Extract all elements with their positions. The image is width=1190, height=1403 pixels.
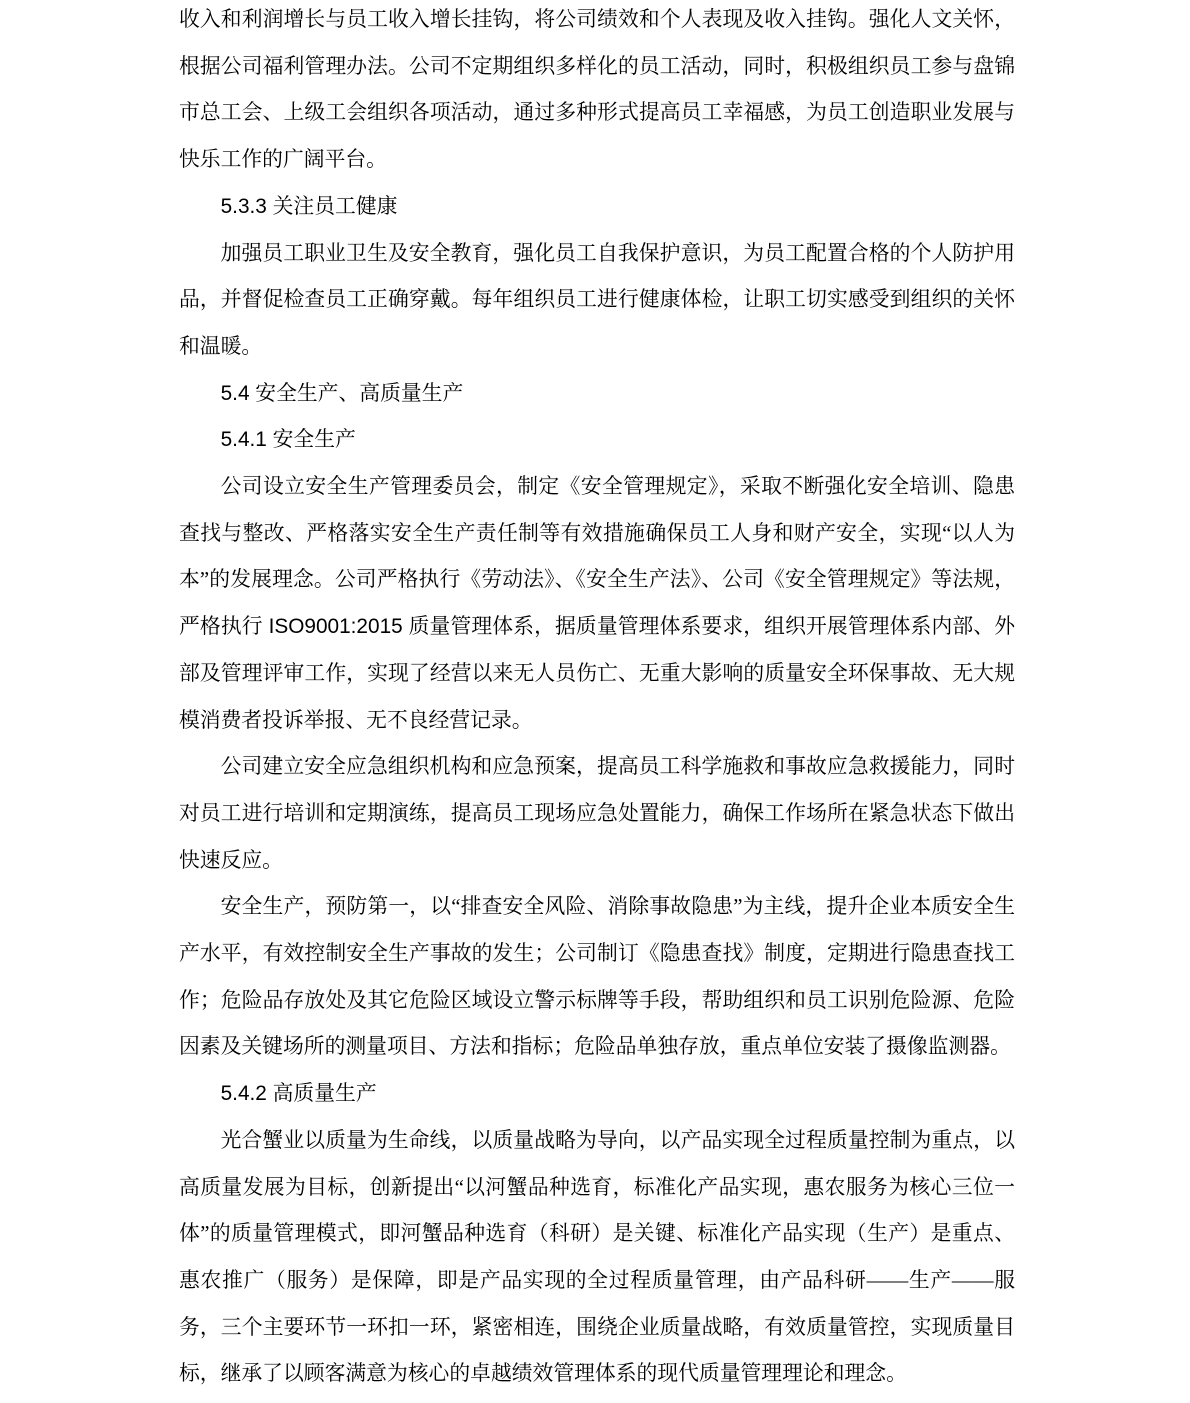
latin-text: 5.4.2	[221, 1082, 273, 1105]
body-paragraph: 公司设立安全生产管理委员会，制定《安全管理规定》，采取不断强化安全培训、隐患查找…	[179, 464, 1015, 744]
body-paragraph: 光合蟹业以质量为生命线，以质量战略为导向，以产品实现全过程质量控制为重点，以高质…	[179, 1118, 1015, 1398]
body-paragraph: 安全生产，预防第一，以“排查安全风险、消除事故隐患”为主线，提升企业本质安全生产…	[179, 884, 1015, 1071]
latin-text: 5.3.3	[221, 195, 273, 218]
section-heading: 5.4 安全生产、高质量生产	[179, 371, 1015, 418]
body-paragraph: 加强员工职业卫生及安全教育，强化员工自我保护意识，为员工配置合格的个人防护用品，…	[179, 231, 1015, 371]
document-page: 收入和利润增长与员工收入增长挂钩，将公司绩效和个人表现及收入挂钩。强化人文关怀，…	[0, 0, 1190, 1403]
body-paragraph: 收入和利润增长与员工收入增长挂钩，将公司绩效和个人表现及收入挂钩。强化人文关怀，…	[179, 0, 1015, 184]
section-heading: 5.4.2 高质量生产	[179, 1071, 1015, 1118]
section-heading: 5.3.3 关注员工健康	[179, 184, 1015, 231]
document-content: 收入和利润增长与员工收入增长挂钩，将公司绩效和个人表现及收入挂钩。强化人文关怀，…	[179, 0, 1015, 1398]
latin-text: 5.4.1	[221, 428, 273, 451]
section-heading: 5.4.1 安全生产	[179, 417, 1015, 464]
latin-text: 5.4	[221, 382, 256, 405]
body-paragraph: 公司建立安全应急组织机构和应急预案，提高员工科学施救和事故应急救援能力，同时对员…	[179, 744, 1015, 884]
latin-text: ISO9001:2015	[263, 615, 409, 638]
